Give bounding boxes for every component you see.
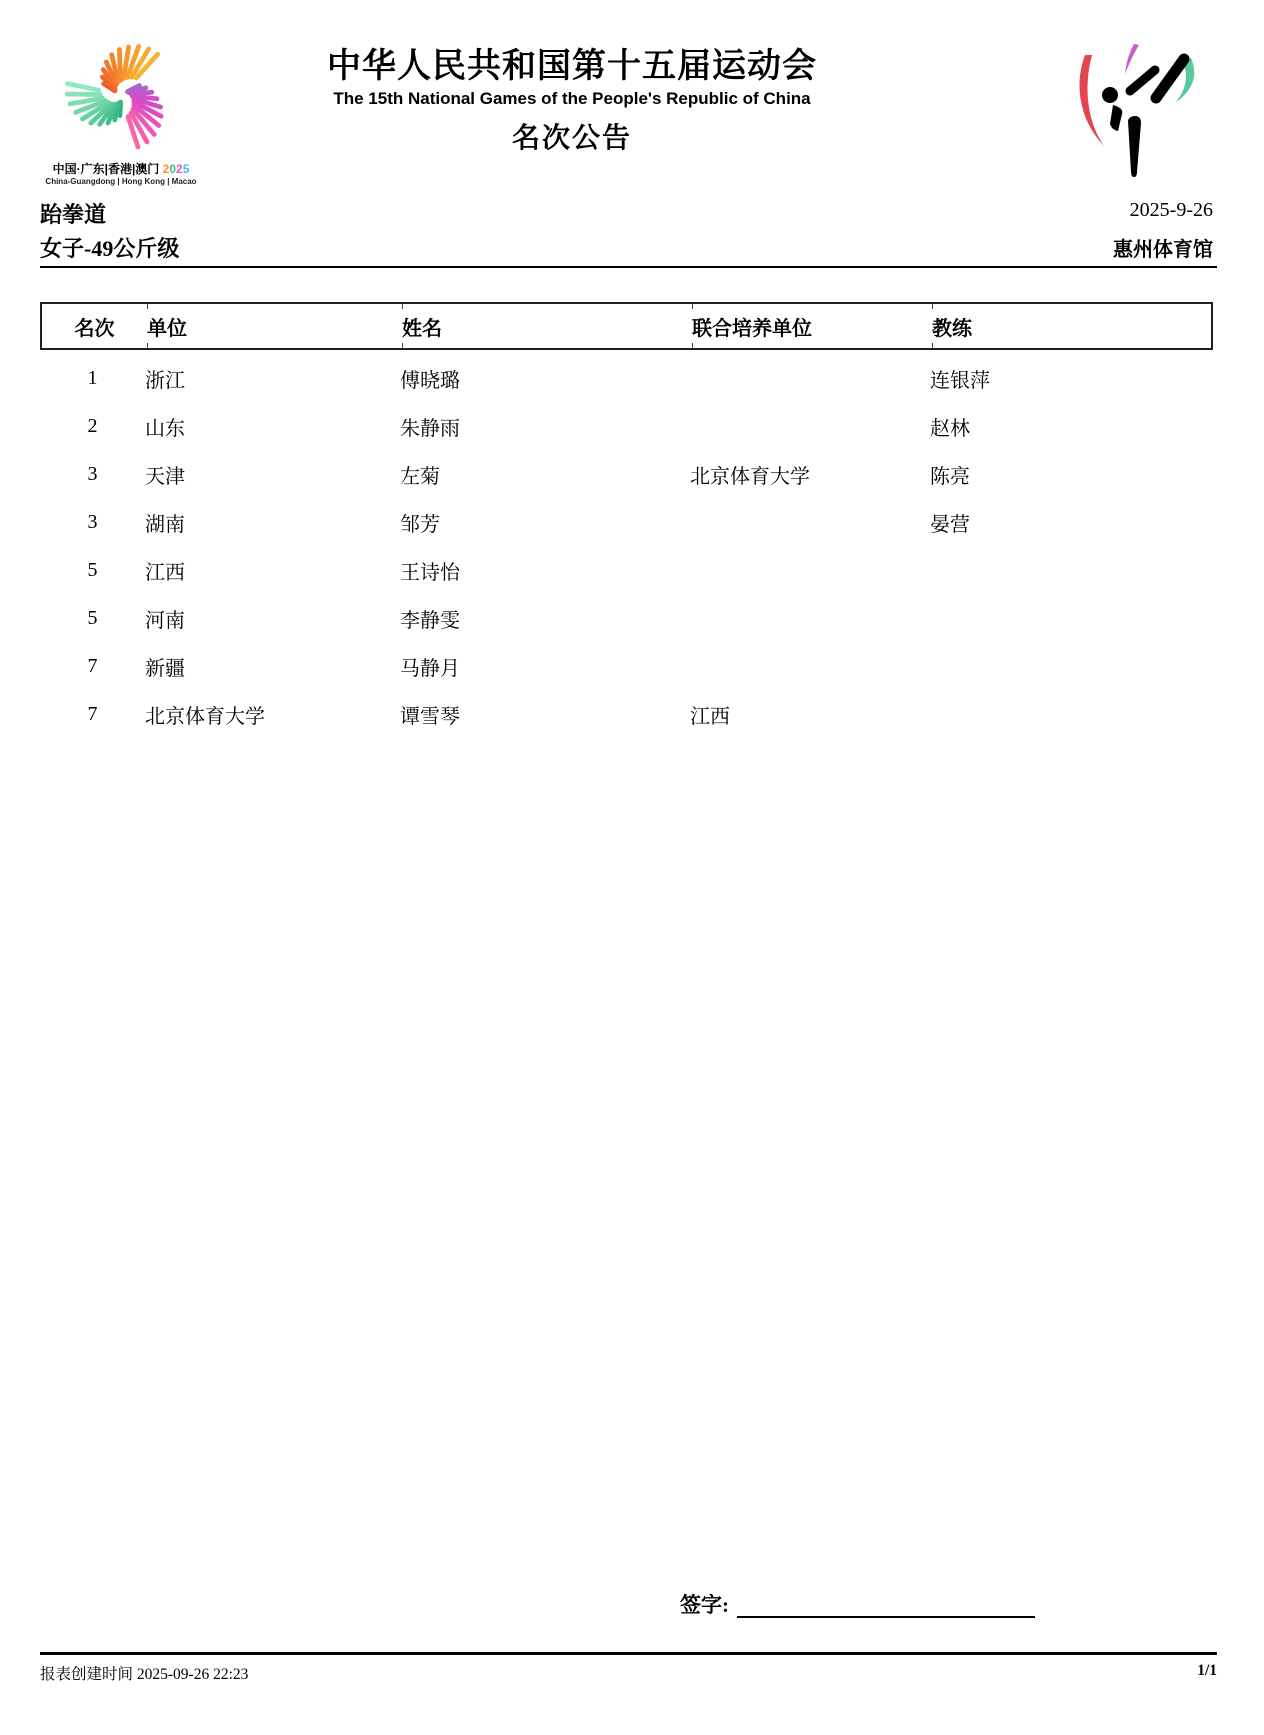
cell-rank: 5 <box>40 559 145 582</box>
header-divider <box>40 266 1217 268</box>
cell-name: 朱静雨 <box>400 412 690 441</box>
table-row: 7 新疆 马静月 <box>40 642 1213 690</box>
cell-unit: 天津 <box>145 460 400 489</box>
cell-name: 王诗怡 <box>400 556 690 585</box>
emblem-caption-en: China-Guangdong | Hong Kong | Macao <box>36 178 206 186</box>
cell-name: 左菊 <box>400 460 690 489</box>
cell-rank: 3 <box>40 511 145 534</box>
cell-rank: 2 <box>40 415 145 438</box>
cell-name: 李静雯 <box>400 604 690 633</box>
column-divider-tick <box>692 304 693 309</box>
cell-rank: 7 <box>40 655 145 678</box>
column-divider-tick <box>692 343 693 348</box>
table-row: 3 天津 左菊 北京体育大学 陈亮 <box>40 450 1213 498</box>
cell-unit: 浙江 <box>145 364 400 393</box>
table-row: 7 北京体育大学 谭雪琴 江西 <box>40 690 1213 738</box>
emblem-caption-cn: 中国·广东|香港|澳门 2025 <box>36 163 206 175</box>
page-number: 1/1 <box>1197 1662 1217 1680</box>
signature-line <box>737 1592 1035 1618</box>
column-divider-tick <box>147 304 148 309</box>
cell-unit: 河南 <box>145 604 400 633</box>
column-header-name: 姓名 <box>402 312 692 341</box>
column-divider-tick <box>402 343 403 348</box>
table-row: 3 湖南 邹芳 晏营 <box>40 498 1213 546</box>
cell-rank: 1 <box>40 367 145 390</box>
cell-unit: 江西 <box>145 556 400 585</box>
document-type-title: 名次公告 <box>240 121 904 155</box>
footer-divider <box>40 1652 1217 1655</box>
cell-name: 谭雪琴 <box>400 700 690 729</box>
signature-label: 签字: <box>680 1592 729 1618</box>
cell-unit: 新疆 <box>145 652 400 681</box>
column-divider-tick <box>147 343 148 348</box>
column-header-coach: 教练 <box>932 312 1211 341</box>
cell-unit: 湖南 <box>145 508 400 537</box>
column-header-unit: 单位 <box>147 312 402 341</box>
taekwondo-kick-pictogram-icon <box>1073 38 1208 188</box>
cell-rank: 5 <box>40 607 145 630</box>
table-row: 5 河南 李静雯 <box>40 594 1213 642</box>
event-category-label: 女子-49公斤级 <box>40 232 179 263</box>
cell-name: 邹芳 <box>400 508 690 537</box>
venue-label: 惠州体育馆 <box>1113 233 1213 262</box>
column-header-rank: 名次 <box>42 312 147 341</box>
document-page: 中国·广东|香港|澳门 2025 China-Guangdong | Hong … <box>0 0 1264 1735</box>
page-title-english: The 15th National Games of the People's … <box>240 88 904 109</box>
page-title: 中华人民共和国第十五届运动会 <box>240 46 904 86</box>
cell-name: 傅晓璐 <box>400 364 690 393</box>
cell-unit: 山东 <box>145 412 400 441</box>
column-divider-tick <box>402 304 403 309</box>
cell-joint-unit: 北京体育大学 <box>690 460 930 489</box>
table-header-row: 名次 单位 姓名 联合培养单位 教练 <box>40 302 1213 350</box>
table-row: 2 山东 朱静雨 赵林 <box>40 402 1213 450</box>
sport-label: 跆拳道 <box>40 198 106 229</box>
cell-rank: 3 <box>40 463 145 486</box>
emblem-caption: 中国·广东|香港|澳门 2025 China-Guangdong | Hong … <box>36 163 206 186</box>
cell-rank: 7 <box>40 703 145 726</box>
table-body: 1 浙江 傅晓璐 连银萍 2 山东 朱静雨 赵林 3 天津 左菊 北京体育大学 … <box>40 350 1213 738</box>
cell-coach: 晏营 <box>930 508 1213 537</box>
event-date: 2025-9-26 <box>1130 199 1213 222</box>
column-divider-tick <box>932 343 933 348</box>
results-table: 名次 单位 姓名 联合培养单位 教练 1 浙江 傅晓璐 连银萍 2 <box>40 302 1213 738</box>
cell-coach: 赵林 <box>930 412 1213 441</box>
cell-unit: 北京体育大学 <box>145 700 400 729</box>
cell-coach: 陈亮 <box>930 460 1213 489</box>
report-created-timestamp: 报表创建时间 2025-09-26 22:23 <box>40 1662 248 1684</box>
title-block: 中华人民共和国第十五届运动会 The 15th National Games o… <box>240 46 904 155</box>
column-divider-tick <box>932 304 933 309</box>
cell-joint-unit: 江西 <box>690 700 930 729</box>
signature-block: 签字: <box>680 1592 1035 1618</box>
table-row: 5 江西 王诗怡 <box>40 546 1213 594</box>
cell-coach: 连银萍 <box>930 364 1213 393</box>
cell-name: 马静月 <box>400 652 690 681</box>
table-row: 1 浙江 傅晓璐 连银萍 <box>40 354 1213 402</box>
column-header-joint-unit: 联合培养单位 <box>692 312 932 341</box>
games-emblem-firework-icon <box>59 34 183 160</box>
